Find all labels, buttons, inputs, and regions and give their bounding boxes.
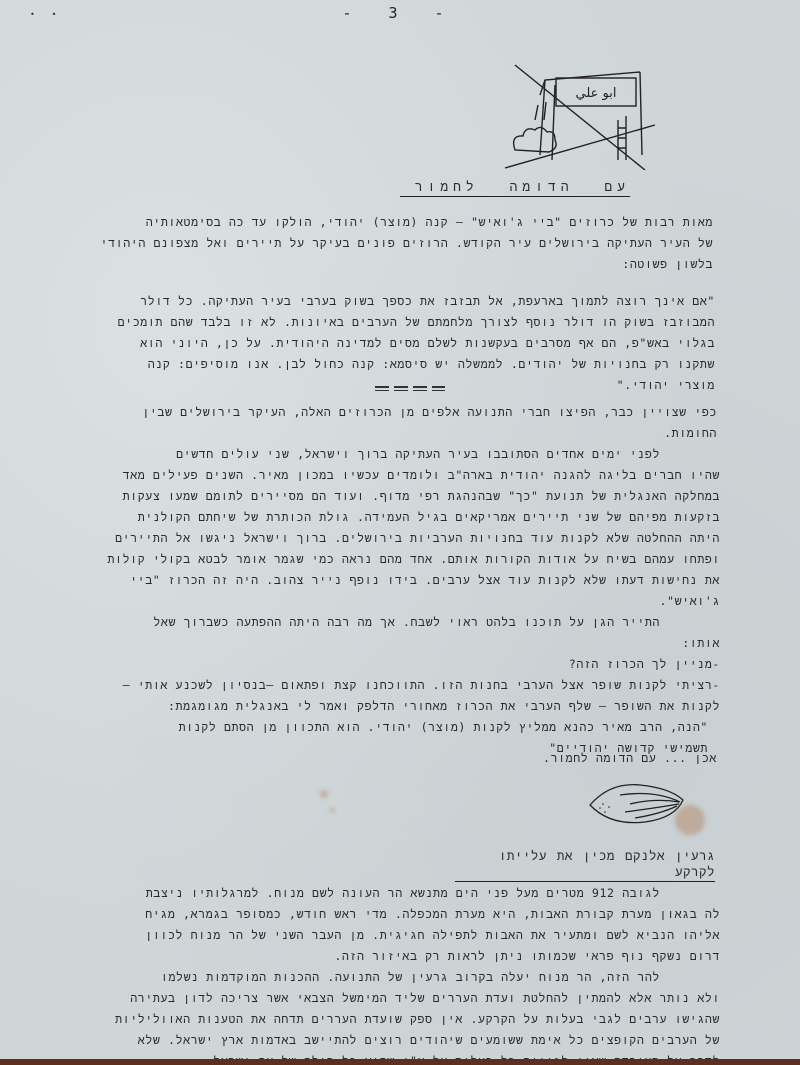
text-line: בזקעות מפיהם של שני תיירים אמריקאים בגיל… xyxy=(80,507,720,528)
article2-title: גרעין אלנקם מכין את עלייתו לקרקע xyxy=(455,848,715,882)
text-line: בלשון פשוטה: xyxy=(95,254,713,275)
article1-intro: מאות רבות של כרוזים "ביי ג'ואיש" – קנה (… xyxy=(95,212,713,275)
article1-body: כפי שצויין כבר, הפיצו חברי התנועה אלפים … xyxy=(85,402,717,444)
text-line: החומות. xyxy=(85,423,717,444)
text-line: ופתחו עמהם בשיח על אודות הקורות אותם. אח… xyxy=(80,549,720,570)
quote-line: המבוזבז בשוק הו דולר נוסף לצורך מלחמתם ש… xyxy=(85,312,715,333)
article2-body: לגובה 912 מטרים מעל פני הים מתנשא הר העו… xyxy=(95,883,720,1065)
document-page: • • - 3 - ابو علي עם הדומה לחמור מאות רב… xyxy=(0,0,800,1065)
text-line: דרום נשקף נוף פראי שכמותו ניתן לראות רק … xyxy=(95,946,720,967)
quote-line: שתקנו רק בחנויות של יהודים. לממשלה יש סי… xyxy=(85,354,715,375)
text-line: לגובה 912 מטרים מעל פני הים מתנשא הר העו… xyxy=(95,883,720,904)
text-line: את נחישות דעתו שלא לקנות עוד אצל ערבים. … xyxy=(80,570,720,591)
stain xyxy=(320,790,328,798)
text-line: שהגישו ערבים לגבי בעלות על הקרקע. אין ספ… xyxy=(95,1009,720,1030)
text-line: מאות רבות של כרוזים "ביי ג'ואיש" – קנה (… xyxy=(95,212,713,233)
text-line: של העיר העתיקה בירושלים עיר הקודש. הרוזי… xyxy=(95,233,713,254)
text-line: לה בגאון מערת קבורת האבות, היא מערת המכפ… xyxy=(95,904,720,925)
text-line: "הנה, הרב מאיר כהנא ממליץ לקנות (מוצר) י… xyxy=(80,717,720,738)
text-line: לפני ימים אחדים הסתובבו בעיר העתיקה ברוך… xyxy=(80,444,720,465)
quote-line: "אם אינך רוצה לתמוך בארעפת, אל תבזבז את … xyxy=(85,291,715,312)
quote-line: בגלוי באש"פ, הם אף מסרבים בעקשנות לשלם מ… xyxy=(85,333,715,354)
crossed-out-shop-sketch-icon: ابو علي xyxy=(500,60,660,170)
text-line: במחלקה האנגלית של תנועת "כך" שבהנהגת רפי… xyxy=(80,486,720,507)
text-line: להר הזה, הר מנוח יעלה בקרוב גרעין של התנ… xyxy=(95,967,720,988)
stain xyxy=(330,808,335,813)
stain xyxy=(675,805,705,835)
separator xyxy=(375,384,445,393)
text-line: התייר הגן על תוכנו בלהט ראוי לשבח. אך מה… xyxy=(80,612,720,633)
text-line: -מניין לך הכרוז הזה? xyxy=(80,654,720,675)
article1-dialogue: התייר הגן על תוכנו בלהט ראוי לשבח. אך מה… xyxy=(80,612,720,759)
shop-sign: ابو علي xyxy=(576,86,617,101)
article1-title: עם הדומה לחמור xyxy=(400,180,630,197)
text-line: כפי שצויין כבר, הפיצו חברי התנועה אלפים … xyxy=(85,402,717,423)
text-line: -רציתי לקנות שופר אצל הערבי בחנות הזו. ה… xyxy=(80,675,720,696)
text-line: ולא נותר אלא להמתין להחלטת ועדת העררים ש… xyxy=(95,988,720,1009)
text-line: אליהו הנביא לשם ומתעיר את האבות לתפילה ח… xyxy=(95,925,720,946)
text-line: של הערבים הקופצים כל אימת ששומעים שיהודי… xyxy=(95,1030,720,1051)
text-line: אותו: xyxy=(80,633,720,654)
article1-closing: אכן ... עם הדומה לחמור. xyxy=(500,748,717,769)
text-line: לקנות את השופר – שלף הערבי את הכרוז מאחו… xyxy=(80,696,720,717)
text-line: שהיו חברים בליגה להגנה יהודית בארה"ב ולו… xyxy=(80,465,720,486)
page-edge xyxy=(0,1059,800,1065)
page-number: - 3 - xyxy=(0,4,800,22)
article1-story: לפני ימים אחדים הסתובבו בעיר העתיקה ברוך… xyxy=(80,444,720,612)
text-line: היתה ההחלטה שלא לקנות עוד בחנויות הערביו… xyxy=(80,528,720,549)
text-line: ג'ואיש". xyxy=(80,591,720,612)
article1-quote: "אם אינך רוצה לתמוך בארעפת, אל תבזבז את … xyxy=(85,291,715,396)
